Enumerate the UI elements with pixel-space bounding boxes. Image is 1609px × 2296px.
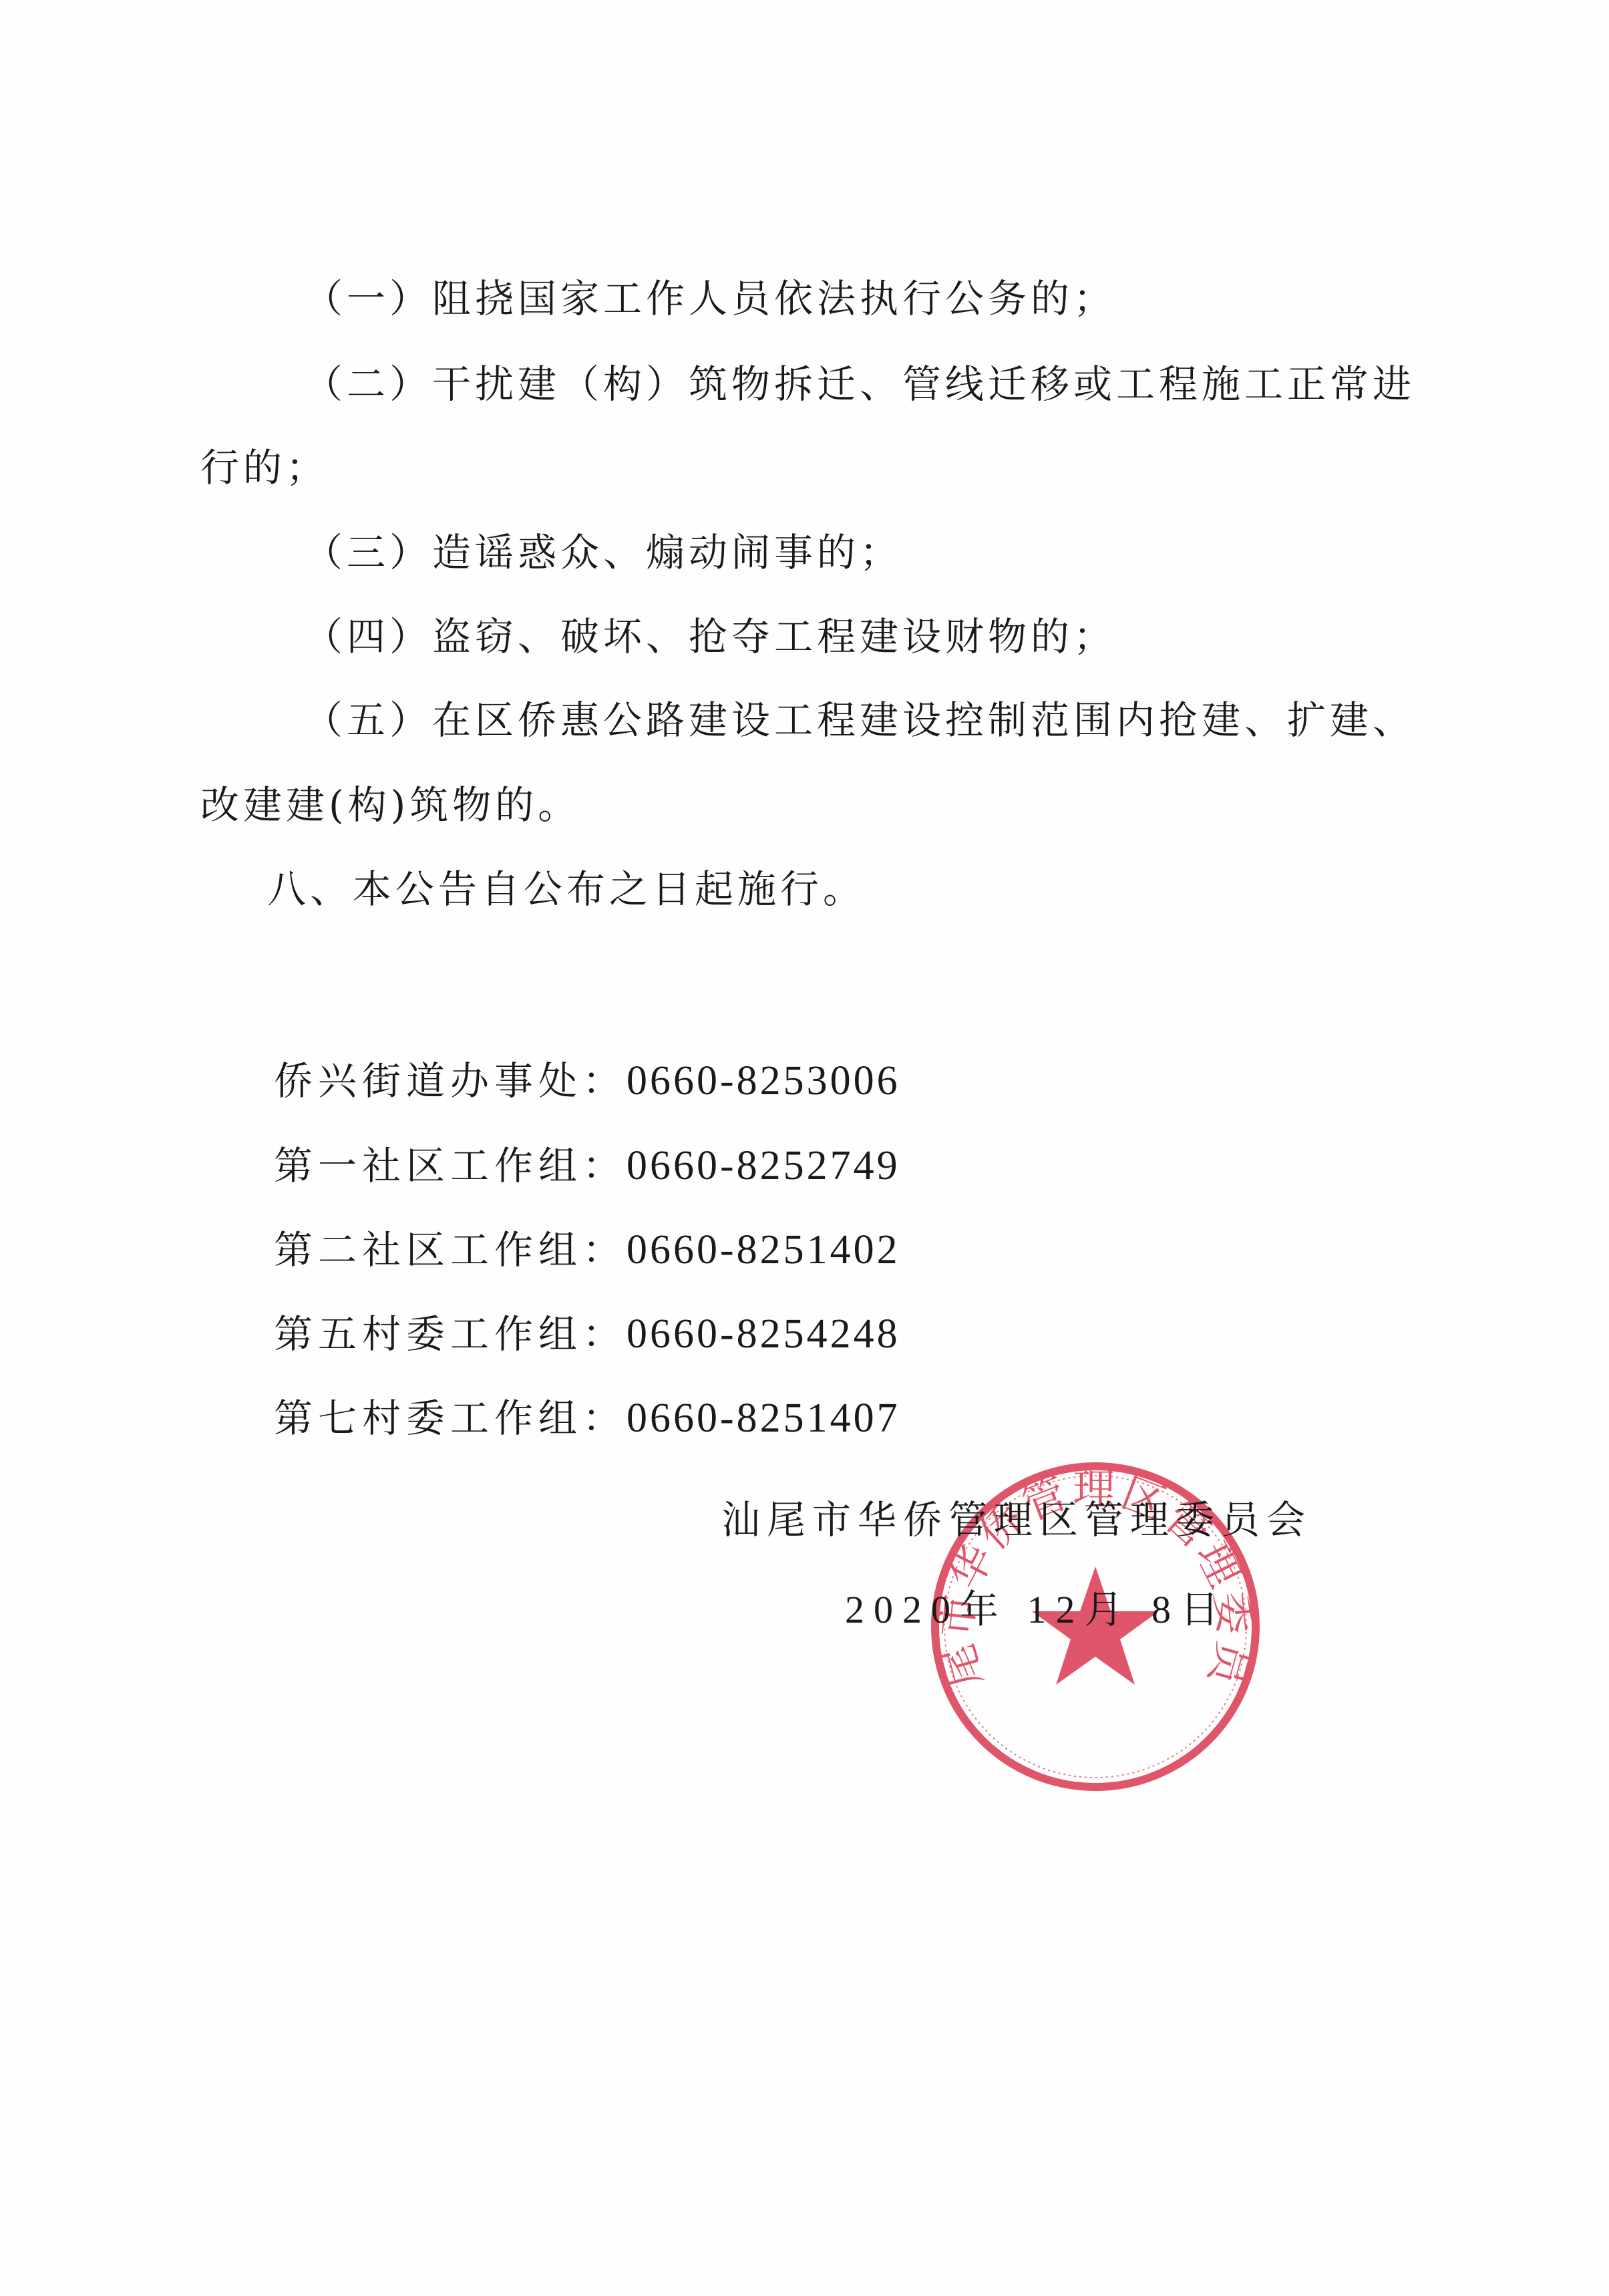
- item-5: （五）在区侨惠公路建设工程建设控制范围内抢建、扩建、: [304, 697, 1415, 744]
- contact-phone: 0660-8252749: [627, 1143, 900, 1188]
- item-1: （一）阻挠国家工作人员依法执行公务的；: [304, 275, 1116, 322]
- item-3: （三）造谣惑众、煽动闹事的；: [304, 529, 902, 576]
- contact-phone: 0660-8251407: [627, 1396, 900, 1441]
- item-2: （二）干扰建（构）筑物拆迁、管线迁移或工程施工正常进: [304, 361, 1415, 407]
- contact-label: 侨兴街道办事处：: [274, 1058, 627, 1104]
- contact-row: 第七村委工作组：0660-8251407: [274, 1395, 900, 1442]
- contact-row: 第一社区工作组：0660-8252749: [274, 1142, 900, 1189]
- contact-label: 第二社区工作组：: [274, 1227, 627, 1273]
- contact-label: 第一社区工作组：: [274, 1143, 627, 1188]
- contact-row: 侨兴街道办事处：0660-8253006: [274, 1057, 900, 1104]
- contact-label: 第七村委工作组：: [274, 1396, 627, 1441]
- contact-label: 第五村委工作组：: [274, 1311, 627, 1357]
- issue-date: 2020年 12月 8日: [845, 1578, 1228, 1634]
- contact-row: 第五村委工作组：0660-8254248: [274, 1311, 900, 1357]
- item-5-continuation: 改建建(构)筑物的。: [200, 782, 580, 828]
- contact-phone: 0660-8254248: [627, 1311, 900, 1357]
- document-page: （一）阻挠国家工作人员依法执行公务的； （二）干扰建（构）筑物拆迁、管线迁移或工…: [0, 0, 1609, 2296]
- contact-phone: 0660-8253006: [627, 1058, 900, 1104]
- article-eight: 八、本公告自公布之日起施行。: [267, 866, 866, 913]
- issuing-organization: 汕尾市华侨管理区管理委员会: [721, 1488, 1312, 1544]
- contact-row: 第二社区工作组：0660-8251402: [274, 1226, 900, 1273]
- item-4: （四）盗窃、破坏、抢夺工程建设财物的；: [304, 613, 1116, 660]
- item-2-continuation: 行的；: [200, 444, 329, 491]
- contact-phone: 0660-8251402: [627, 1227, 900, 1273]
